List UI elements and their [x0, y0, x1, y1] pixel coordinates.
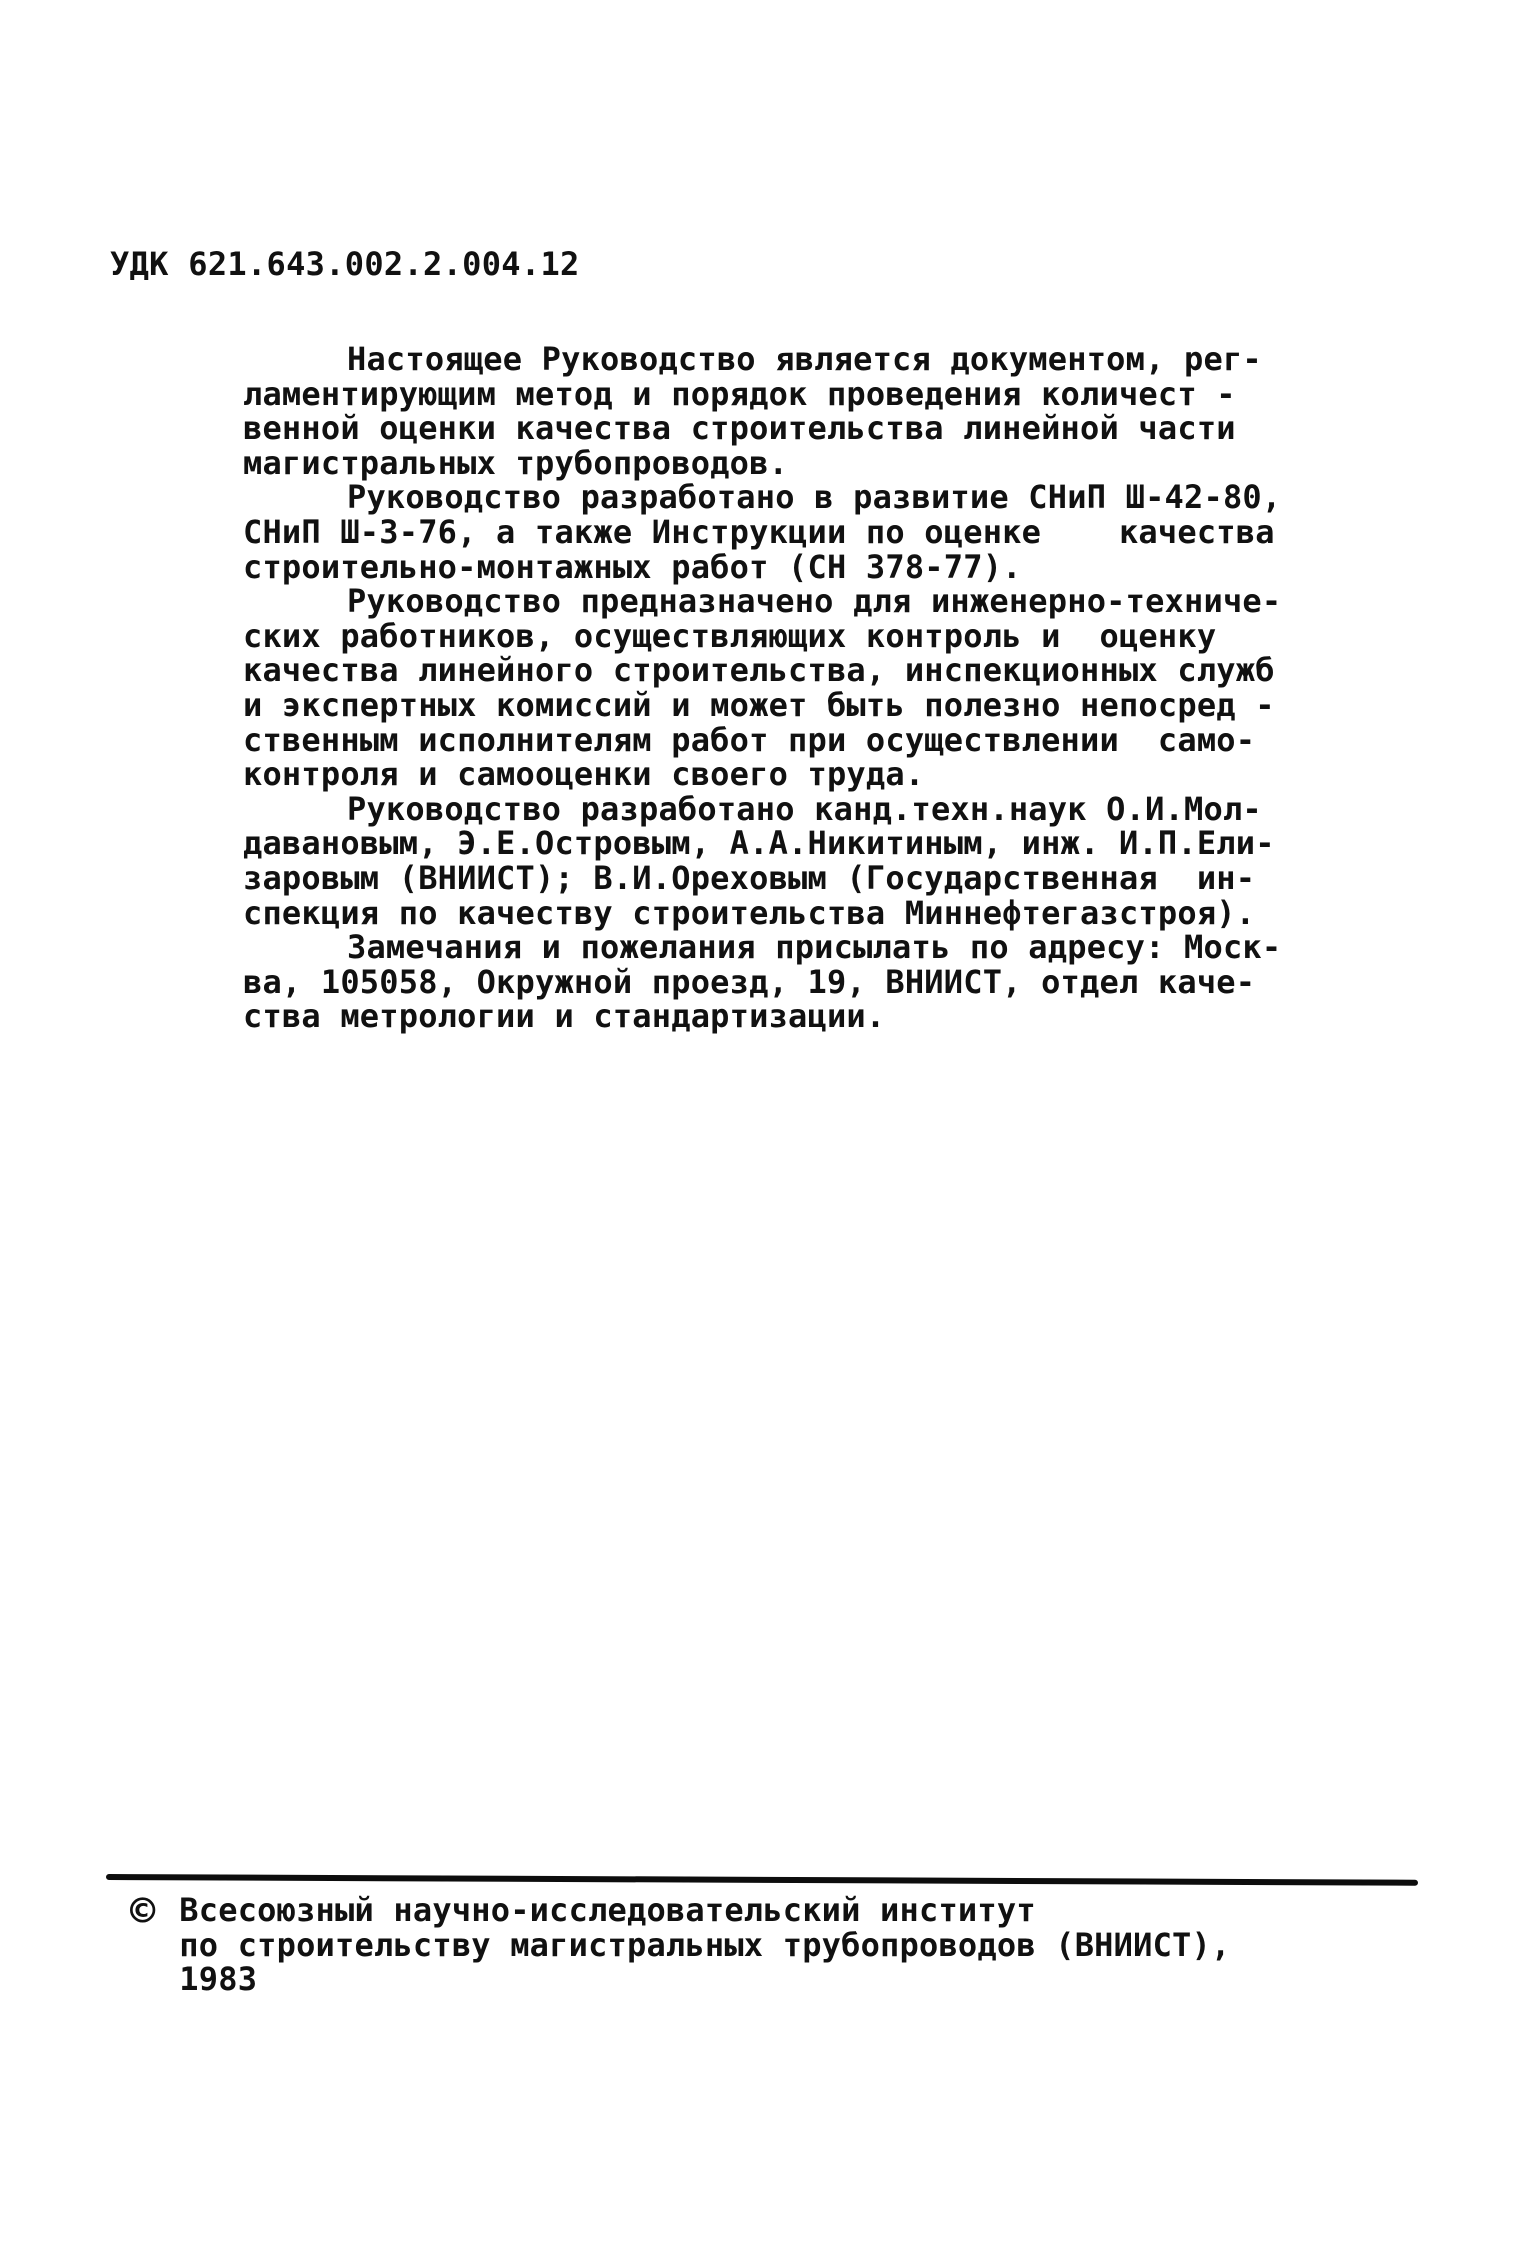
text-line: заровым (ВНИИСТ); В.И.Ореховым (Государс…: [243, 861, 1338, 896]
text-line: Настоящее Руководство является документо…: [243, 342, 1338, 377]
scanned-document-page: УДК 621.643.002.2.004.12 Настоящее Руков…: [0, 0, 1535, 2244]
text-line: венной оценки качества строительства лин…: [243, 411, 1338, 446]
udk-classification-number: УДК 621.643.002.2.004.12: [110, 246, 580, 282]
text-line: магистральных трубопроводов.: [243, 446, 1338, 481]
text-line: ламентирующим метод и порядок проведения…: [243, 377, 1338, 412]
text-line: Руководство разработано в развитие СНиП …: [243, 480, 1338, 515]
copyright-line: Всесоюзный научно-исследовательский инст…: [179, 1893, 1230, 1928]
text-line: ва, 105058, Окружной проезд, 19, ВНИИСТ,…: [243, 965, 1338, 1000]
text-line: контроля и самооценки своего труда.: [243, 757, 1338, 792]
text-line: спекция по качеству строительства Миннеф…: [243, 896, 1338, 931]
text-line: СНиП Ш-3-76, а также Инструкции по оценк…: [243, 515, 1338, 550]
body-text: Настоящее Руководство является документо…: [243, 342, 1338, 1034]
text-line: и экспертных комиссий и может быть полез…: [243, 688, 1338, 723]
copyright-block: © Всесоюзный научно-исследовательский ин…: [130, 1893, 1230, 1997]
text-line: ских работников, осуществляющих контроль…: [243, 619, 1338, 654]
copyright-icon: ©: [130, 1893, 155, 1929]
copyright-year: 1983: [179, 1962, 1230, 1997]
copyright-line: по строительству магистральных трубопров…: [179, 1928, 1230, 1963]
copyright-text: Всесоюзный научно-исследовательский инст…: [179, 1893, 1230, 1997]
text-line: давановым, Э.Е.Островым, А.А.Никитиным, …: [243, 826, 1338, 861]
text-line: строительно-монтажных работ (СН 378-77).: [243, 550, 1338, 585]
text-line: Замечания и пожелания присылать по адрес…: [243, 930, 1338, 965]
text-line: Руководство разработано канд.техн.наук О…: [243, 792, 1338, 827]
text-line: Руководство предназначено для инженерно-…: [243, 584, 1338, 619]
footer-separator-line: [106, 1874, 1418, 1886]
text-line: ственным исполнителям работ при осуществ…: [243, 723, 1338, 758]
text-line: качества линейного строительства, инспек…: [243, 653, 1338, 688]
text-line: ства метрологии и стандартизации.: [243, 999, 1338, 1034]
